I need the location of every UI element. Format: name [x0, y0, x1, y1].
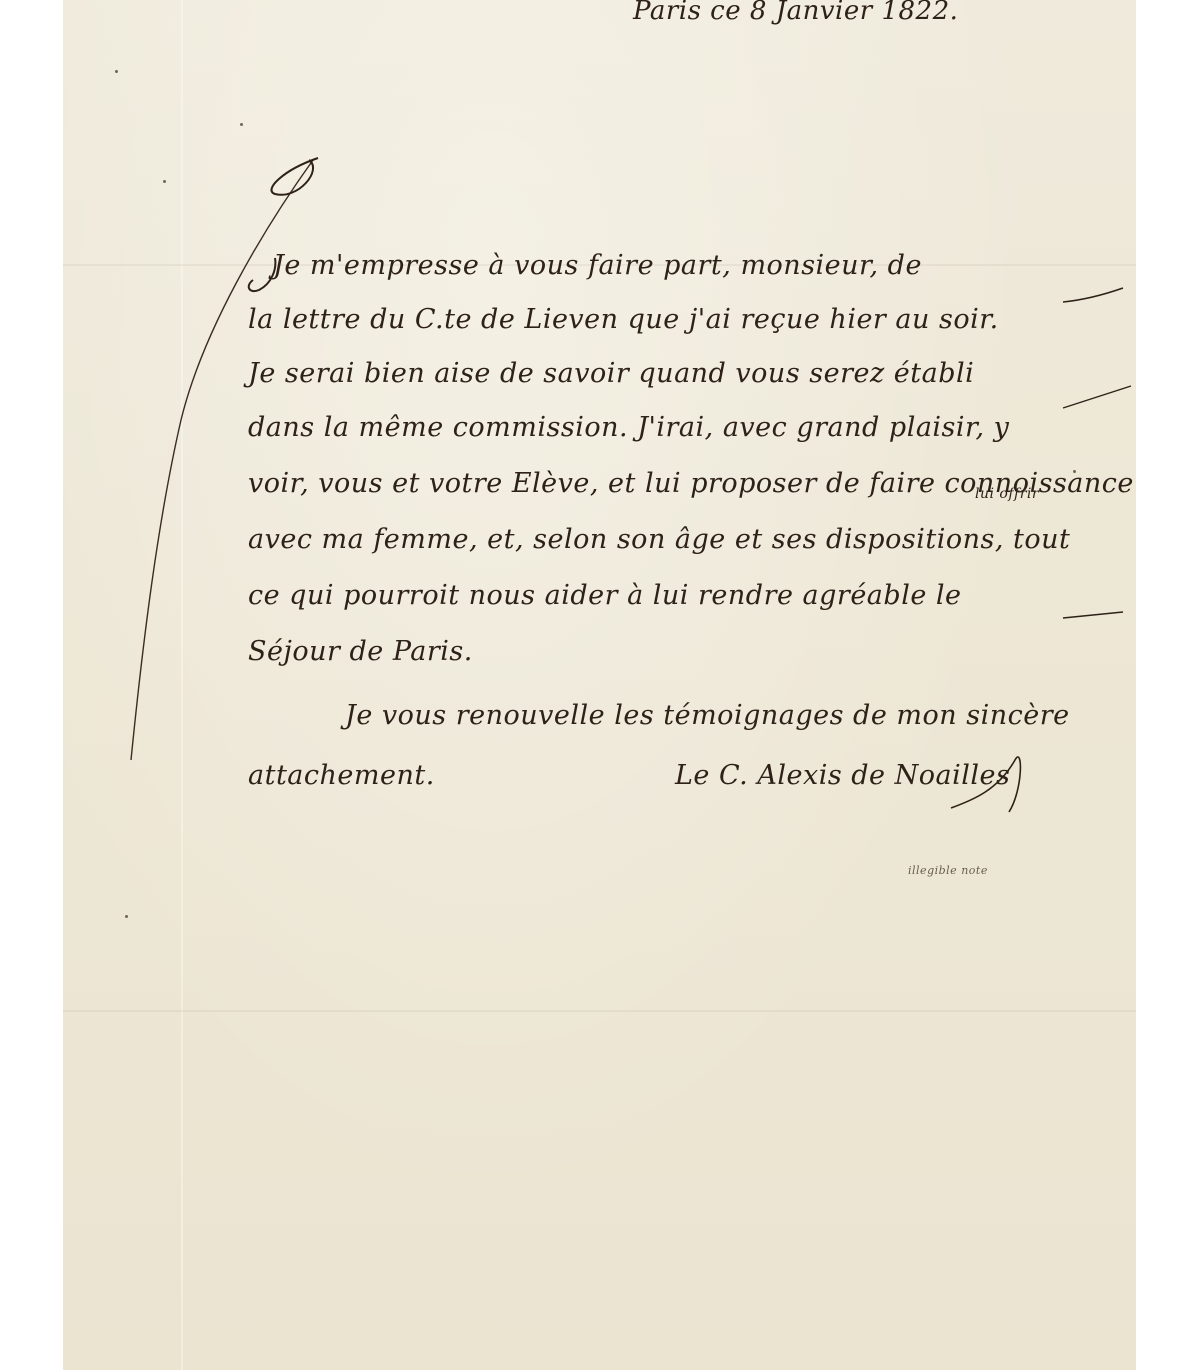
letter-closing-line: attachement.	[248, 760, 435, 791]
letter-body-line: Séjour de Paris.	[248, 636, 473, 667]
letter-body-line: Je m'empresse à vous faire part, monsieu…	[273, 250, 922, 281]
letter-body-line: la lettre du C.te de Lieven que j'ai reç…	[248, 304, 999, 335]
letter-body-line: avec ma femme, et, selon son âge et ses …	[248, 524, 1070, 555]
letter-signature: Le C. Alexis de Noailles	[675, 760, 1010, 791]
letter-body-line: Je serai bien aise de savoir quand vous …	[248, 358, 974, 389]
letter-paper: Paris ce 8 Janvier 1822. Je m'empresse à…	[63, 0, 1136, 1370]
letter-closing-line: Je vous renouvelle les témoignages de mo…	[345, 700, 1070, 731]
initial-flourish-icon	[63, 0, 1136, 1370]
letter-annotation: illegible note	[908, 864, 988, 877]
letter-insertion: lui offrir	[975, 486, 1039, 502]
letter-body-line: ce qui pourroit nous aider à lui rendre …	[248, 580, 962, 611]
letter-dateline: Paris ce 8 Janvier 1822.	[633, 0, 958, 26]
letter-body-line: dans la même commission. J'irai, avec gr…	[248, 412, 1009, 443]
